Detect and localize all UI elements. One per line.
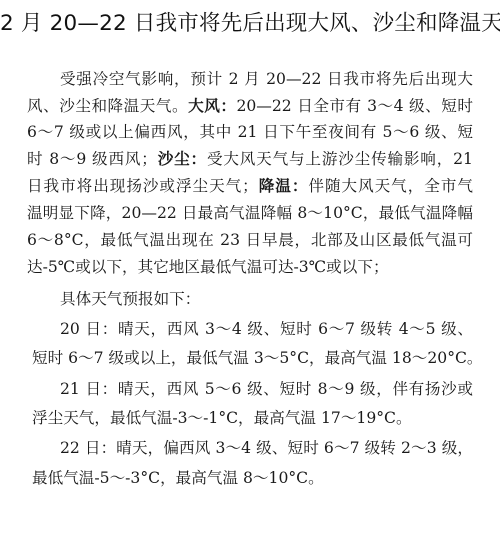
text-line: 20 日：晴天，西风 3～4 级、短时 6～7 级转 4～5 级、 [60,319,473,339]
label-wind: 大风： [188,96,236,115]
text-span: 伴随大风天气，全市气 [308,177,473,195]
text-line: 风、沙尘和降温天气。大风：20—22 日全市有 3～4 级、短时 [27,96,473,116]
text-span: 风、沙尘和降温天气。 [27,97,188,115]
text-span: 受大风天气与上游沙尘传输影响，21 [207,150,473,168]
text-span: 日我市将出现扬沙或浮尘天气； [27,177,258,195]
text-span: 20—22 日全市有 3～4 级、短时 [236,97,473,115]
text-span: 时 8～9 级西风； [27,150,157,168]
text-line: 达-5℃或以下，其它地区最低气温可达-3℃或以下； [27,257,473,277]
label-cooling: 降温： [258,176,309,195]
text-line: 温明显下降，20—22 日最高气温降幅 8～10°C，最低气温降幅 [27,203,473,223]
text-line: 受强冷空气影响，预计 2 月 20—22 日我市将先后出现大 [60,69,473,89]
text-line: 6～8°C，最低气温出现在 23 日早晨，北部及山区最低气温可 [27,230,473,250]
text-line: 时 8～9 级西风；沙尘：受大风天气与上游沙尘传输影响，21 [27,149,473,169]
document-title: 2 月 20—22 日我市将先后出现大风、沙尘和降温天气 [0,6,500,37]
label-dust: 沙尘： [157,149,207,168]
text-line: 22 日：晴天，偏西风 3～4 级、短时 6～7 级转 2～3 级， [60,438,473,458]
text-line: 浮尘天气，最低气温-3～-1°C，最高气温 17～19°C。 [32,408,478,428]
text-line: 21 日：晴天，西风 5～6 级、短时 8～9 级，伴有扬沙或 [60,379,473,399]
text-line: 短时 6～7 级或以上，最低气温 3～5°C，最高气温 18～20°C。 [32,348,474,368]
text-line: 6～7 级或以上偏西风，其中 21 日下午至夜间有 5～6 级、短 [27,122,473,142]
text-line: 最低气温-5～-3°C，最高气温 8～10°C。 [32,468,478,488]
forecast-intro: 具体天气预报如下： [60,289,473,309]
text-line: 日我市将出现扬沙或浮尘天气；降温：伴随大风天气，全市气 [27,176,473,196]
